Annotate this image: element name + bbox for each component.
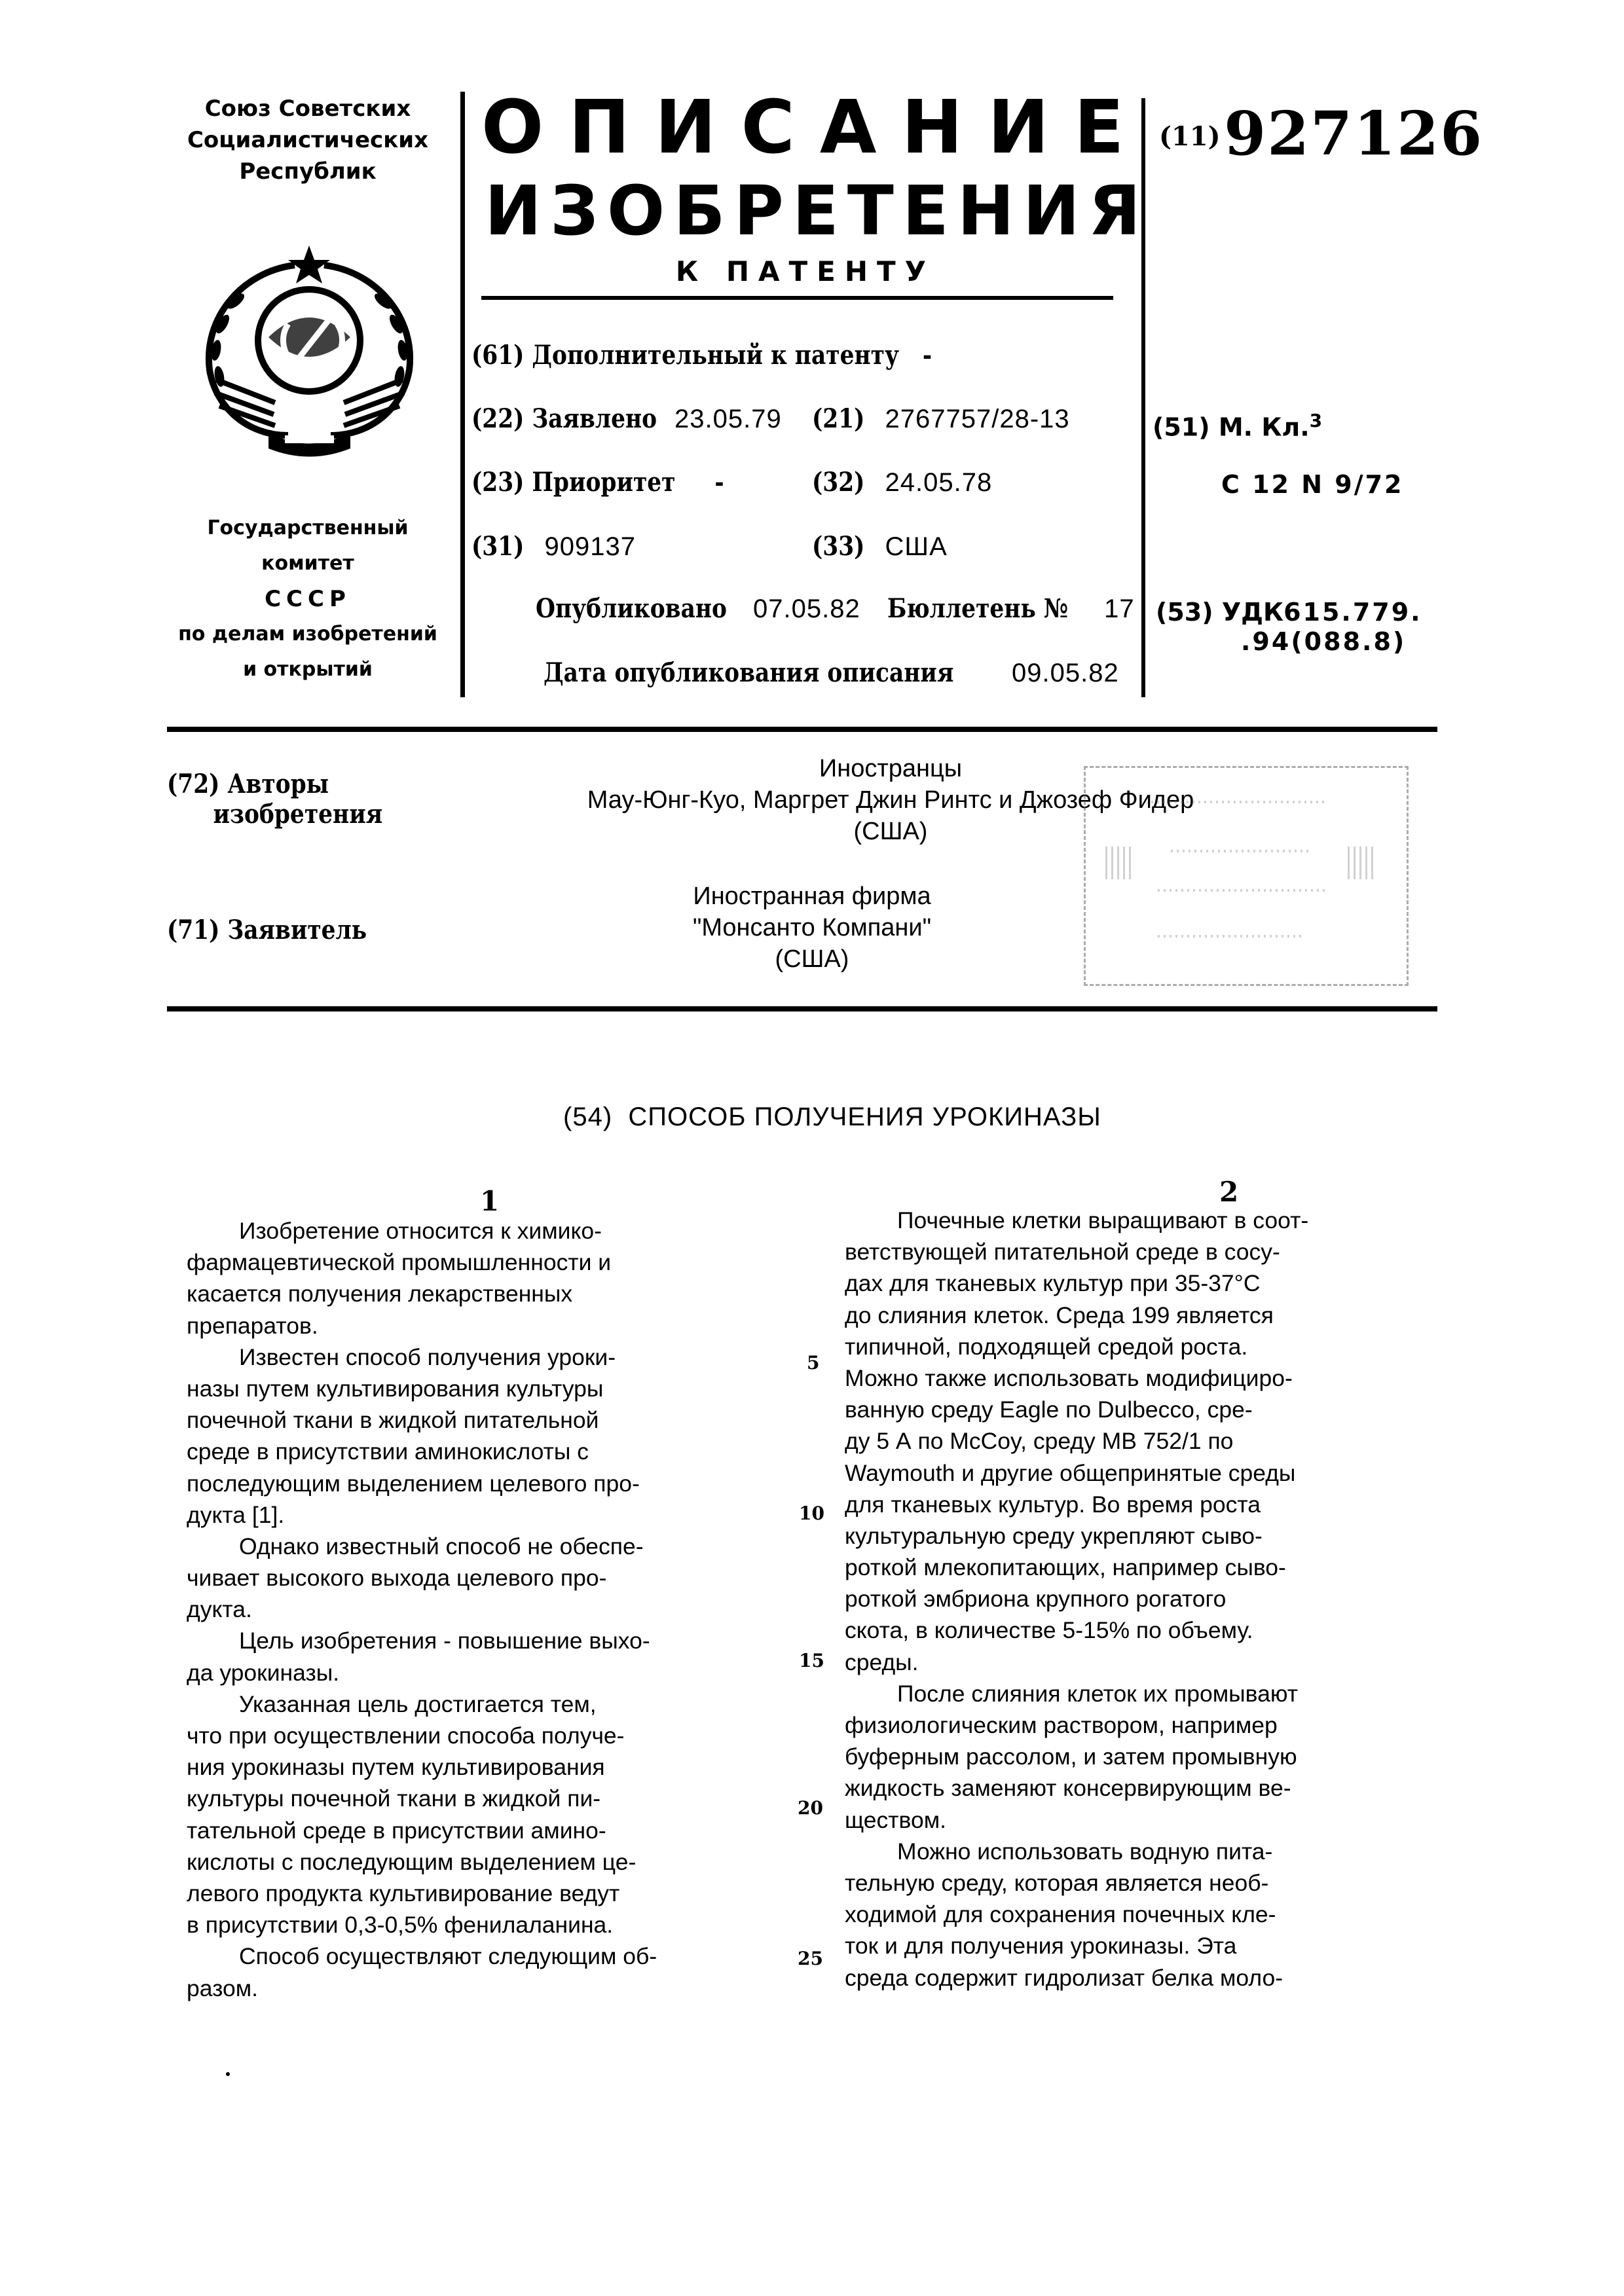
bib-21: (21) 2767757/28-13 bbox=[812, 403, 1070, 435]
text-line: Известен способ получения уроки- bbox=[187, 1341, 776, 1373]
speck bbox=[226, 2072, 230, 2076]
line-number-25: 25 bbox=[798, 1948, 823, 1969]
text-line: Однако известный способ не обеспе- bbox=[187, 1531, 776, 1562]
class-51-value: С 12 N 9/72 bbox=[1221, 468, 1403, 501]
text-line: дукта. bbox=[187, 1594, 776, 1625]
text-line: культуральную среду укрепляют сыво- bbox=[845, 1520, 1467, 1552]
line-number-5: 5 bbox=[807, 1352, 819, 1374]
column-number-1: 1 bbox=[480, 1185, 499, 1217]
bib-31: (31) 909137 bbox=[471, 530, 636, 563]
rule-bottom bbox=[167, 1006, 1437, 1011]
text-line: дукта [1]. bbox=[187, 1499, 776, 1531]
text-line: почечной ткани в жидкой питательной bbox=[187, 1404, 776, 1436]
bib-bulletin: Бюллетень № 17 bbox=[887, 592, 1135, 625]
patent-number-code: (11) bbox=[1159, 121, 1221, 152]
text-line: Изобретение относится к химико- bbox=[187, 1215, 776, 1247]
text-line: что при осуществлении способа получе- bbox=[187, 1720, 776, 1751]
bib-33: (33) США bbox=[812, 530, 948, 563]
text-line: Можно использовать водную пита- bbox=[845, 1836, 1467, 1867]
rule-top bbox=[167, 727, 1437, 732]
doc-title-line2: ИЗОБРЕТЕНИЯ bbox=[485, 172, 1139, 250]
text-line: Способ осуществляют следующим об- bbox=[187, 1941, 776, 1972]
authority-line: и открытий bbox=[160, 652, 455, 687]
text-line: ванную среду Eagle по Dulbecco, сре- bbox=[845, 1394, 1467, 1425]
text-line: жидкость заменяют консервирующим ве- bbox=[845, 1772, 1467, 1804]
text-line: ния урокиназы путем культивирования bbox=[187, 1751, 776, 1783]
text-line: фармацевтической промышленности и bbox=[187, 1247, 776, 1278]
text-line: среде в присутствии аминокислоты с bbox=[187, 1436, 776, 1467]
title-underline bbox=[481, 296, 1113, 300]
text-line: левого продукта культивирование ведут bbox=[187, 1878, 776, 1909]
bib-published: Опубликовано bbox=[536, 592, 758, 625]
text-line: среда содержит гидролизат белка моло- bbox=[845, 1962, 1467, 1994]
text-line: ветствующей питательной среде в сосу- bbox=[845, 1236, 1467, 1267]
text-line: типичной, подходящей средой роста. bbox=[845, 1331, 1467, 1362]
class-53: (53) УДК615.779. bbox=[1156, 596, 1422, 629]
ussr-emblem-icon bbox=[196, 239, 422, 465]
org-line: Социалистических bbox=[164, 124, 452, 156]
bib-22-value: 23.05.79 bbox=[674, 403, 782, 435]
text-line: роткой млекопитающих, например сыво- bbox=[845, 1552, 1467, 1583]
text-line: Можно также использовать модифициро- bbox=[845, 1362, 1467, 1394]
body-column-2: Почечные клетки выращивают в соот-ветств… bbox=[845, 1205, 1467, 1994]
patent-number-value: 927126 bbox=[1224, 98, 1483, 169]
text-line: дах для тканевых культур при 35-37°С bbox=[845, 1267, 1467, 1299]
text-line: ходимой для сохранения почечных кле- bbox=[845, 1899, 1467, 1930]
class-53-cont: .94(088.8) bbox=[1241, 625, 1406, 658]
text-line: разом. bbox=[187, 1973, 776, 2004]
bib-desc-published: Дата опубликования описания bbox=[544, 657, 1020, 689]
line-number-10: 10 bbox=[799, 1503, 824, 1524]
authority-line: Государственный комитет bbox=[160, 511, 455, 581]
body-column-1: Изобретение относится к химико-фармацевт… bbox=[187, 1215, 776, 2004]
text-line: до слияния клеток. Среда 199 является bbox=[845, 1300, 1467, 1331]
text-line: последующим выделением целевого про- bbox=[187, 1468, 776, 1499]
org-line: Союз Советских bbox=[164, 93, 452, 124]
text-line: физиологическим раствором, например bbox=[845, 1709, 1467, 1741]
org-line: Республик bbox=[164, 156, 452, 187]
text-line: чивает высокого выхода целевого про- bbox=[187, 1562, 776, 1594]
text-line: назы путем культивирования культуры bbox=[187, 1373, 776, 1404]
text-line: скота, в количестве 5-15% по объему. bbox=[845, 1614, 1467, 1646]
invention-title: (54) СПОСОБ ПОЛУЧЕНИЯ УРОКИНАЗЫ bbox=[563, 1102, 1101, 1132]
text-line: ток и для получения урокиназы. Эта bbox=[845, 1930, 1467, 1961]
authors-label: (72) Авторы изобретения bbox=[167, 769, 382, 829]
text-line: Цель изобретения - повышение выхо- bbox=[187, 1625, 776, 1656]
text-line: буферным рассолом, и затем промывную bbox=[845, 1741, 1467, 1772]
text-line: роткой эмбриона крупного рогатого bbox=[845, 1583, 1467, 1614]
text-line: ду 5 А по McCoy, среду MB 752/1 по bbox=[845, 1425, 1467, 1457]
patent-number: (11) 927126 bbox=[1159, 98, 1483, 169]
applicant-label: (71) Заявитель bbox=[167, 915, 367, 945]
text-line: да урокиназы. bbox=[187, 1657, 776, 1688]
text-line: тательной среде в присутствии амино- bbox=[187, 1815, 776, 1846]
text-line: в присутствии 0,3-0,5% фенилаланина. bbox=[187, 1909, 776, 1941]
bib-32: (32) 24.05.78 bbox=[812, 466, 992, 499]
vertical-rule-left bbox=[460, 92, 465, 697]
text-line: После слияния клеток их промывают bbox=[845, 1678, 1467, 1709]
text-line: препаратов. bbox=[187, 1310, 776, 1341]
text-line: Почечные клетки выращивают в соот- bbox=[845, 1205, 1467, 1236]
text-line: тельную среду, которая является необ- bbox=[845, 1867, 1467, 1899]
text-line: Waymouth и другие общепринятые среды bbox=[845, 1457, 1467, 1489]
text-line: ществом. bbox=[845, 1804, 1467, 1836]
text-line: касается получения лекарственных bbox=[187, 1278, 776, 1309]
class-51: (51) М. Кл.3 bbox=[1153, 405, 1322, 444]
text-line: культуры почечной ткани в жидкой пи- bbox=[187, 1783, 776, 1814]
bib-published-date: 07.05.82 bbox=[753, 592, 860, 625]
applicant-text: Иностранная фирма "Монсанто Компани" (СШ… bbox=[629, 881, 995, 975]
bib-23: (23) Приоритет - bbox=[471, 466, 765, 499]
text-line: кислоты с последующим выделением це- bbox=[187, 1846, 776, 1878]
authority-line: по делам изобретений bbox=[160, 617, 455, 652]
bib-22: (22) Заявлено bbox=[471, 403, 687, 435]
line-number-15: 15 bbox=[799, 1650, 824, 1671]
text-line: Указанная цель достигается тем, bbox=[187, 1688, 776, 1720]
issuing-state: Союз Советских Социалистических Республи… bbox=[164, 93, 452, 187]
bib-61: (61) Дополнительный к патенту - bbox=[471, 339, 1007, 372]
line-number-20: 20 bbox=[798, 1797, 823, 1819]
issuing-authority: Государственный комитет СССР по делам из… bbox=[160, 511, 455, 687]
text-line: среды. bbox=[845, 1647, 1467, 1678]
column-number-2: 2 bbox=[1219, 1176, 1238, 1208]
doc-subtitle: К ПАТЕНТУ bbox=[622, 255, 989, 287]
doc-title-line1: ОПИСАНИЕ bbox=[481, 88, 1136, 167]
text-line: для тканевых культур. Во время роста bbox=[845, 1489, 1467, 1520]
authority-line: СССР bbox=[160, 581, 455, 617]
bib-desc-published-date: 09.05.82 bbox=[1012, 657, 1119, 689]
library-stamp bbox=[1084, 766, 1409, 986]
